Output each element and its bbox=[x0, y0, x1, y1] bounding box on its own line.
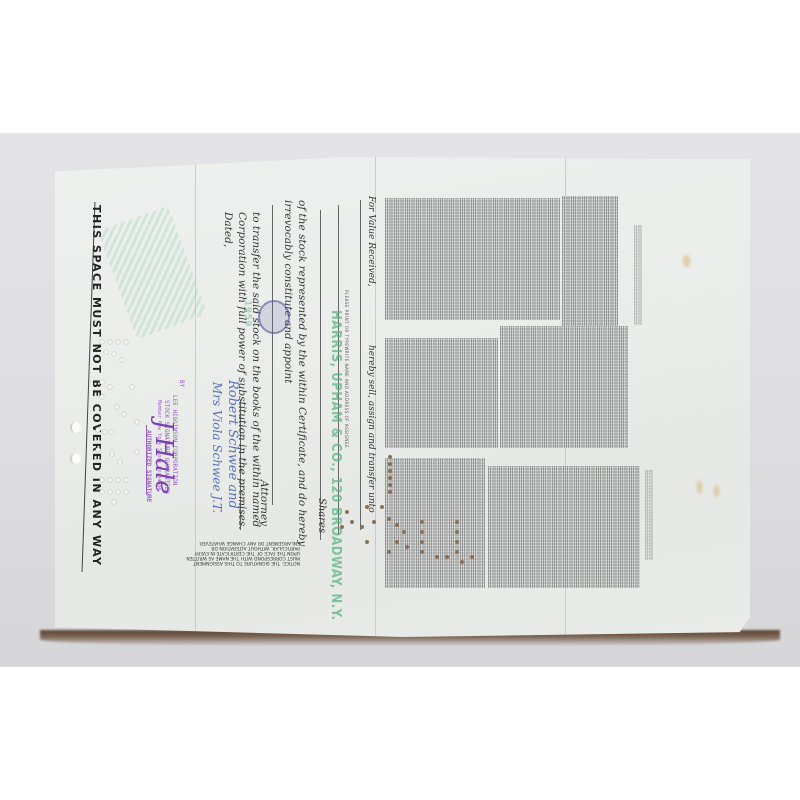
notary-seal bbox=[258, 300, 290, 334]
fine-print-block bbox=[488, 466, 640, 588]
perforation-dot bbox=[110, 430, 114, 434]
perforation-dot bbox=[96, 428, 100, 432]
perforation-dot bbox=[100, 478, 104, 482]
perforation-dot bbox=[387, 550, 391, 554]
fine-print-block bbox=[500, 326, 628, 448]
perforation-dot bbox=[108, 490, 112, 494]
perforation-dot bbox=[365, 505, 369, 509]
perforation-dot bbox=[360, 525, 364, 529]
for-value-received: For Value Received, bbox=[366, 196, 376, 287]
perforation-dot bbox=[122, 412, 126, 416]
perforation-dot bbox=[388, 462, 392, 466]
perforation-dot bbox=[115, 405, 119, 409]
perforation-dot bbox=[100, 340, 104, 344]
guarantor-signature: J Hale bbox=[150, 420, 178, 494]
perforation-dot bbox=[455, 540, 459, 544]
guarantee-by: BY bbox=[178, 380, 185, 387]
guarantee-rule bbox=[146, 425, 147, 495]
perforation-dot bbox=[135, 450, 139, 454]
irrevocably-text: irrevocably constitute and appoint bbox=[282, 200, 294, 383]
fine-print-block bbox=[562, 196, 618, 326]
form-rule bbox=[272, 205, 273, 505]
stain bbox=[683, 255, 690, 267]
perforation-dot bbox=[460, 560, 464, 564]
fine-print-block bbox=[385, 458, 485, 588]
stock-represented-text: of the stock represented by the within C… bbox=[296, 200, 308, 546]
form-rule bbox=[360, 200, 361, 530]
assignment-notice: NOTICE: THE SIGNATURE TO THIS ASSIGNMENT… bbox=[180, 540, 300, 565]
perforation-dot bbox=[124, 340, 128, 344]
perforation-dot bbox=[118, 460, 122, 464]
perforation-dot bbox=[108, 385, 112, 389]
perforation-dot bbox=[435, 555, 439, 559]
fine-print-block bbox=[385, 198, 560, 320]
perforation-dot bbox=[402, 530, 406, 534]
perforation-dot bbox=[387, 517, 391, 521]
perforation-dot bbox=[388, 483, 392, 487]
perforation-dot bbox=[112, 500, 116, 504]
perforation-dot bbox=[395, 523, 399, 527]
perforation-dot bbox=[372, 520, 376, 524]
fine-print-column bbox=[634, 225, 642, 325]
perforation-dot bbox=[345, 510, 349, 514]
stain bbox=[697, 480, 702, 494]
perforation-dot bbox=[116, 478, 120, 482]
perforation-dot bbox=[380, 505, 384, 509]
binder-hole bbox=[70, 453, 81, 464]
perforation-dot bbox=[120, 358, 124, 362]
perforation-dot bbox=[135, 420, 139, 424]
perforation-dot bbox=[340, 525, 344, 529]
transfer-text: to transfer the said stock on the books … bbox=[250, 212, 262, 527]
perforation-dot bbox=[108, 340, 112, 344]
perforation-dot bbox=[100, 380, 104, 384]
stain bbox=[714, 485, 719, 497]
assignee-stamp: HARRIS, UPHAM & CO., 120 BROADWAY, N.Y. bbox=[328, 310, 343, 620]
perforation-dot bbox=[100, 395, 104, 399]
perforation-dot bbox=[420, 530, 424, 534]
perforation-dot bbox=[112, 352, 116, 356]
perforation-dot bbox=[420, 540, 424, 544]
perforation-dot bbox=[124, 490, 128, 494]
perforation-dot bbox=[104, 350, 108, 354]
perforation-dot bbox=[388, 469, 392, 473]
fine-print-block bbox=[385, 338, 498, 448]
perforation-dot bbox=[455, 520, 459, 524]
perforation-dot bbox=[445, 555, 449, 559]
binder-hole bbox=[70, 422, 81, 433]
perforation-dot bbox=[96, 448, 100, 452]
perforation-dot bbox=[470, 555, 474, 559]
perforation-dot bbox=[110, 452, 114, 456]
perforation-dot bbox=[130, 385, 134, 389]
perforation-dot bbox=[350, 520, 354, 524]
perforation-dot bbox=[365, 540, 369, 544]
owner-signature-2: Mrs Viola Schwee J.T. bbox=[210, 382, 224, 513]
owner-signature-1: Robert Schwee and bbox=[225, 380, 240, 509]
perforation-dot bbox=[116, 490, 120, 494]
margin-warning: THIS SPACE MUST NOT BE COVERED IN ANY WA… bbox=[90, 205, 103, 567]
perforation-dot bbox=[420, 550, 424, 554]
perforation-dot bbox=[108, 478, 112, 482]
perforation-dot bbox=[100, 490, 104, 494]
perforation-dot bbox=[388, 490, 392, 494]
perforation-dot bbox=[103, 430, 107, 434]
shares-label: Shares bbox=[316, 498, 327, 533]
perforation-dot bbox=[405, 545, 409, 549]
perforation-dot bbox=[420, 520, 424, 524]
dated-label: Dated, bbox=[222, 212, 234, 247]
hereby-sell-text: hereby sell, assign and transfer unto bbox=[366, 345, 376, 513]
perforation-dot bbox=[455, 550, 459, 554]
perforation-dot bbox=[455, 530, 459, 534]
perforation-dot bbox=[395, 540, 399, 544]
perforation-dot bbox=[388, 455, 392, 459]
fine-print-column bbox=[645, 470, 653, 560]
perforation-dot bbox=[124, 478, 128, 482]
form-rule bbox=[320, 210, 321, 540]
assignee-caption: PLEASE PRINT OR TYPEWRITE NAME AND ADDRE… bbox=[344, 290, 349, 448]
dated-stamp: 1959 bbox=[242, 300, 253, 327]
perforation-dot bbox=[116, 340, 120, 344]
perforation-dot bbox=[388, 476, 392, 480]
